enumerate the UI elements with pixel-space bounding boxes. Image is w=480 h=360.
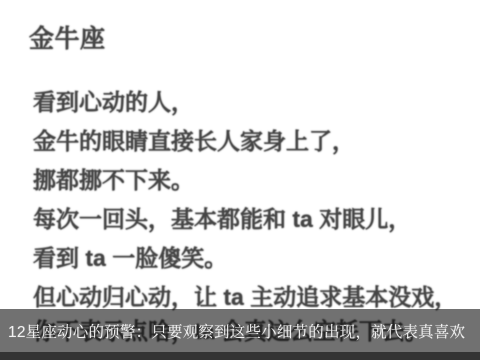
text-line: 看到心动的人， <box>33 84 457 123</box>
video-text-frame: 金牛座 看到心动的人， 金牛的眼睛直接长人家身上了， 挪都挪不下来。 每次一回头… <box>0 0 480 360</box>
text-line: 看到 ta 一脸傻笑。 <box>33 240 457 279</box>
text-line: 挪都挪不下来。 <box>33 162 457 201</box>
body-text-block: 看到心动的人， 金牛的眼睛直接长人家身上了， 挪都挪不下来。 每次一回头，基本都… <box>33 84 457 318</box>
text-line: 每次一回头，基本都能和 ta 对眼儿， <box>33 201 457 240</box>
bottom-edge-strip <box>0 352 480 360</box>
subtitle-text: 12星座动心的预警：只要观察到这些小细节的出现，就代表真喜欢 <box>8 320 465 342</box>
text-line: 金牛的眼睛直接长人家身上了， <box>33 123 457 162</box>
zodiac-title: 金牛座 <box>29 19 106 55</box>
